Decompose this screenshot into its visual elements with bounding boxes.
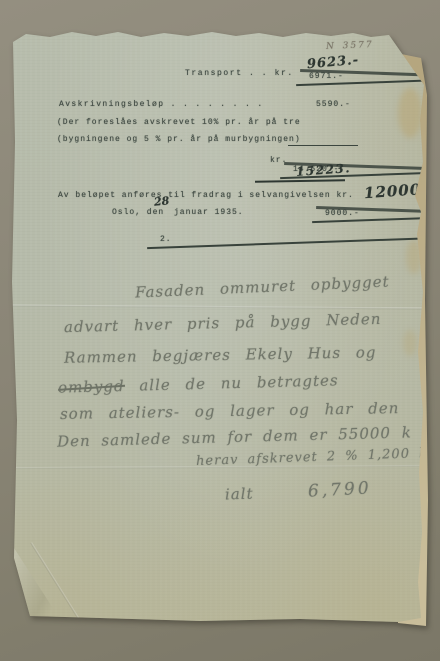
pencil-note-line-6: Den samlede sum for dem er 55000 k	[57, 423, 412, 450]
note-line-1: (Der foreslåes avskrevet 10% pr. år på t…	[57, 118, 301, 127]
edge-stain	[403, 330, 417, 356]
pencil-total-label: ialt	[225, 485, 254, 504]
archive-mark: N 3577	[326, 40, 374, 52]
pencil-note-line-4: ombygd alle de nu betragtes	[58, 371, 339, 396]
note-line-2: (bygningene og 5 % pr. år på murbygninge…	[57, 135, 301, 144]
paper-stack: N 3577 Transport . . kr. 6971.- 9623.- A…	[0, 0, 440, 661]
pencil-line-4-rest: alle de nu betragtes	[139, 371, 339, 394]
scanned-document-page: N 3577 Transport . . kr. 6971.- 9623.- A…	[0, 0, 440, 661]
date-day-handwritten: 28	[153, 194, 170, 209]
place-date-prefix: Oslo, den	[112, 208, 164, 217]
transport-line: Transport . . kr.	[185, 69, 294, 78]
avskrivning-label: Avskrivningsbeløp . . . . . . . .	[59, 100, 264, 109]
pencil-note-line-1: Fasaden ommuret opbygget	[135, 272, 390, 301]
place-date-suffix: januar 1935.	[174, 208, 244, 217]
pencil-note-line-5: som ateliers- og lager og har den	[60, 399, 400, 423]
ink-underline	[255, 179, 345, 183]
transport-amount-handwritten: 9623.-	[306, 53, 359, 72]
pencil-struck-word: ombygd	[58, 377, 125, 397]
deduction-line: Av beløpet anføres til fradrag i selvang…	[58, 191, 354, 200]
pencil-total-value: 6,790	[308, 478, 373, 501]
horizontal-crease	[8, 305, 428, 310]
paper-sheet: N 3577 Transport . . kr. 6971.- 9623.- A…	[0, 0, 440, 661]
ruled-line	[288, 145, 358, 146]
pencil-note-line-2: advart hver pris på bygg Neden	[64, 310, 382, 336]
avskrivning-amount: 5590.-	[316, 100, 351, 109]
date-day-struck: 2.	[160, 235, 440, 244]
edge-stain	[398, 88, 422, 138]
bottom-left-fold	[12, 540, 72, 620]
pencil-note-line-3: Rammen begjæres Ekely Hus og	[64, 343, 377, 366]
